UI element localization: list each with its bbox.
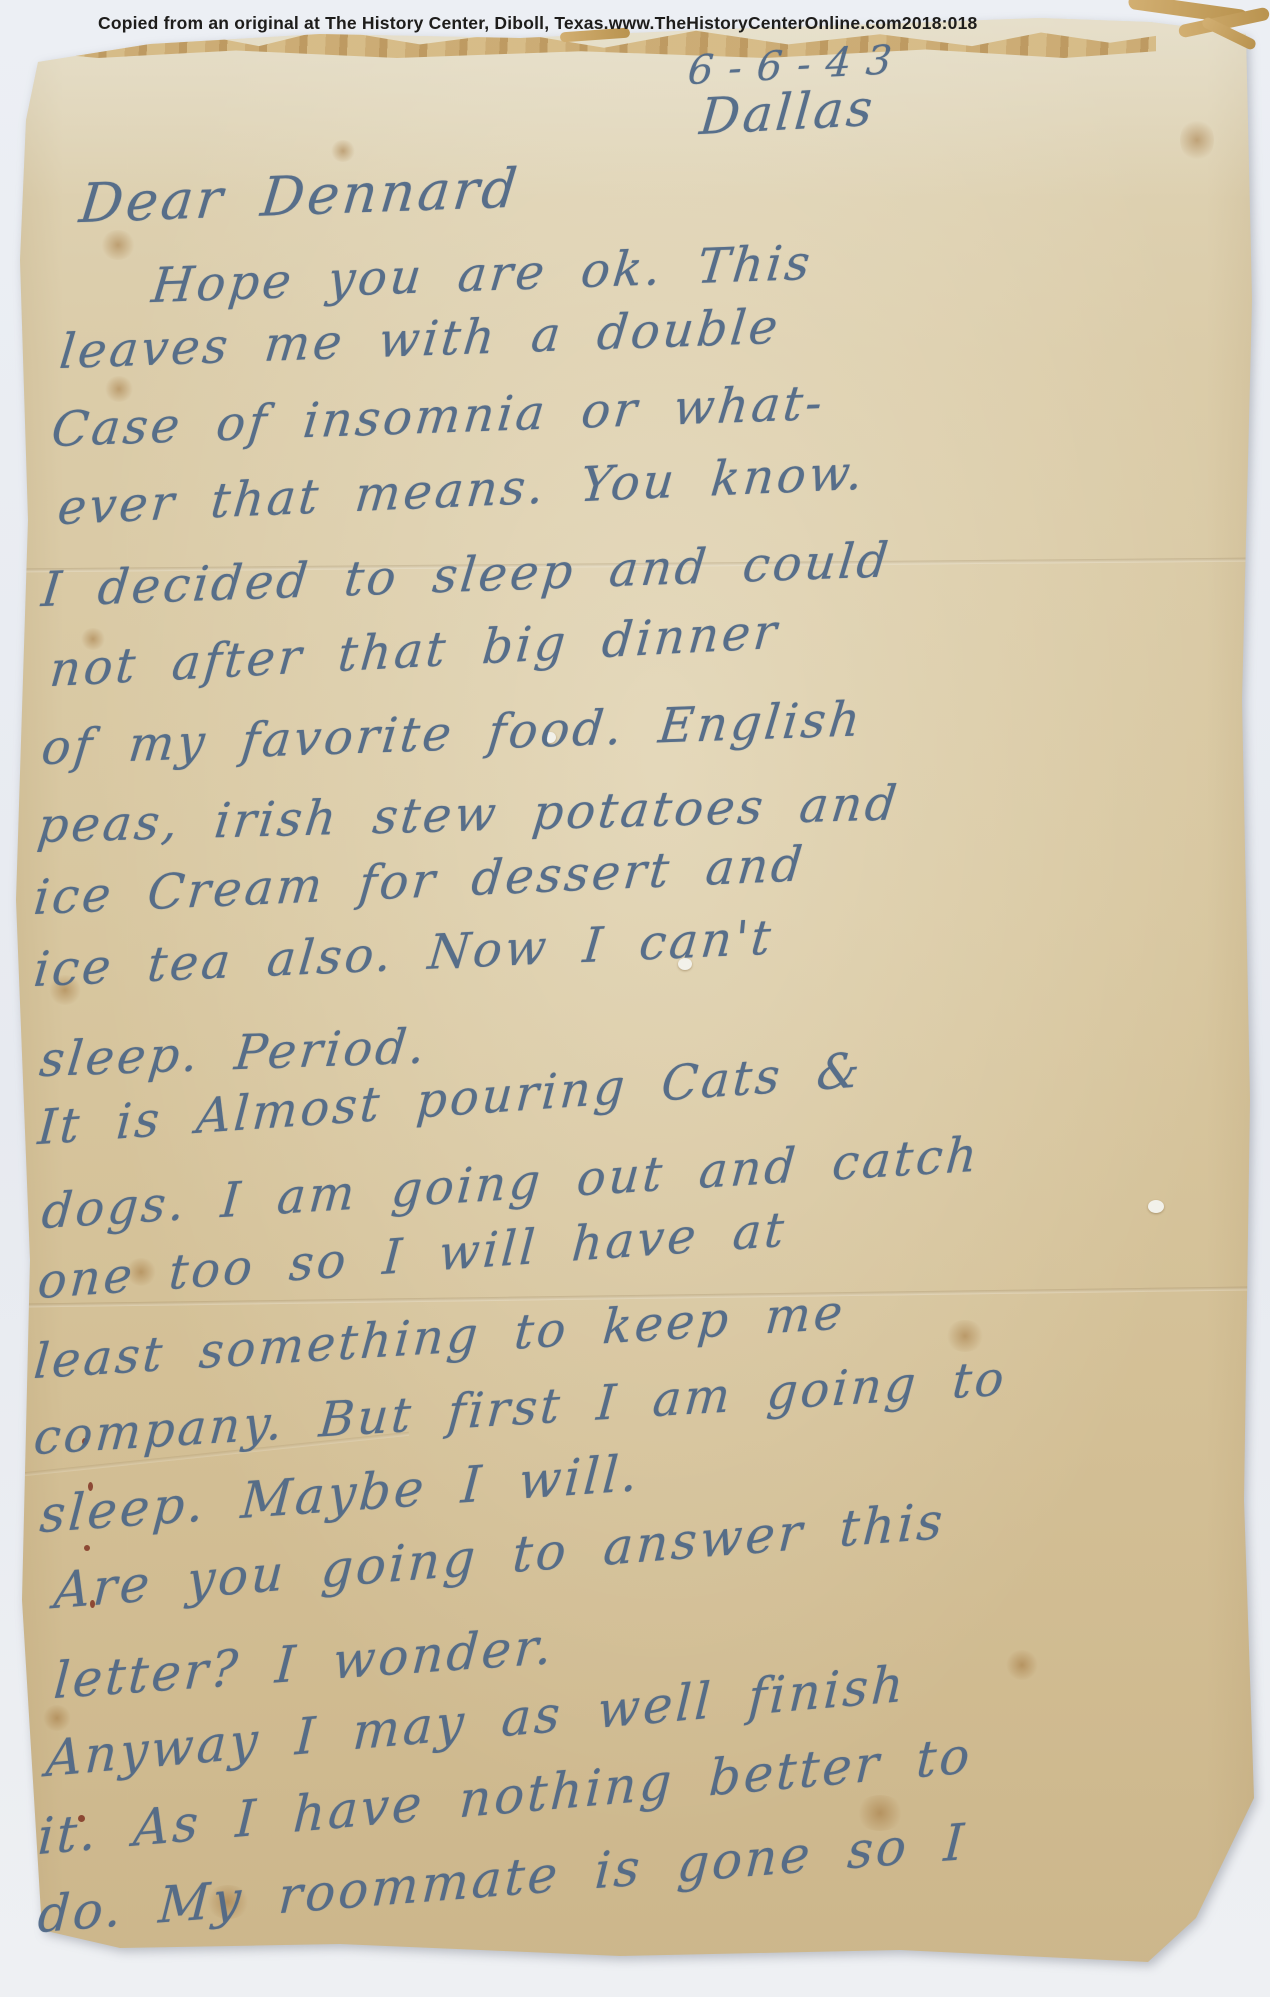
- scanned-letter-page: Copied from an original at The History C…: [0, 0, 1270, 1997]
- stain-spot: [1005, 1650, 1039, 1680]
- stamp-url: www.TheHistoryCenterOnline.com: [609, 13, 902, 34]
- stain-spot: [104, 376, 134, 402]
- stain-spot: [100, 230, 136, 260]
- letter-place: Dallas: [697, 79, 877, 147]
- stain-spot: [330, 140, 356, 162]
- stain-spot: [945, 1320, 985, 1352]
- stain-spot: [1180, 118, 1214, 162]
- ink-blot: [84, 1545, 90, 1551]
- stamp-accession-number: 2018:018: [902, 13, 978, 34]
- archive-stamp: Copied from an original at The History C…: [98, 13, 970, 34]
- paper-hole: [1148, 1200, 1164, 1213]
- stamp-source-text: Copied from an original at The History C…: [98, 13, 609, 34]
